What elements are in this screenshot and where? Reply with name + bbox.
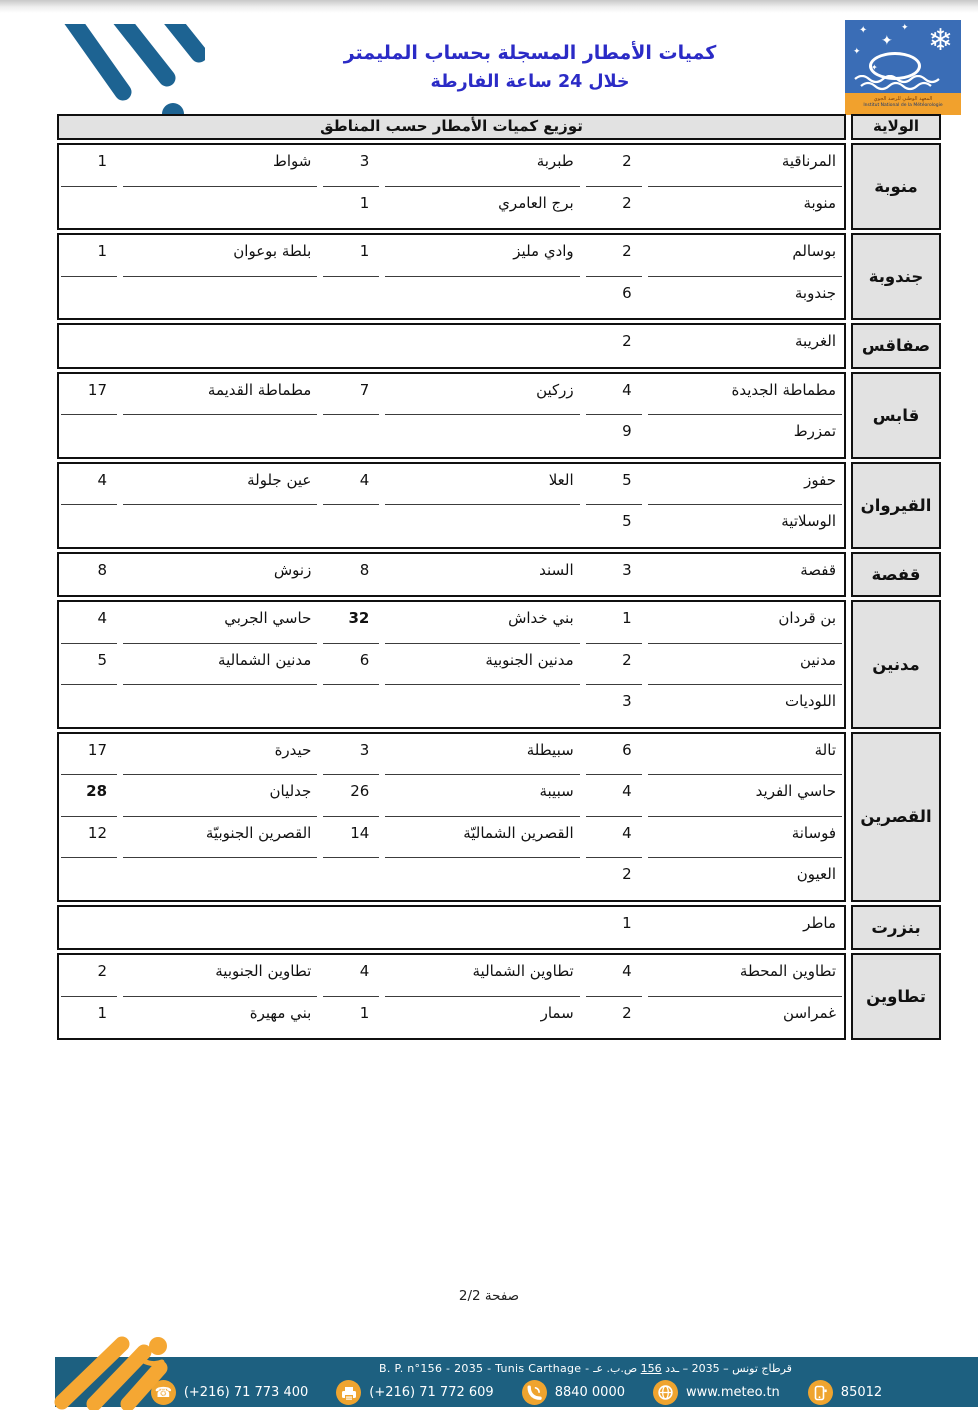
station-name (123, 505, 317, 547)
station-name (385, 858, 579, 900)
rain-value: 1 (61, 235, 117, 277)
station-name: العلا (385, 464, 579, 506)
station-name (123, 187, 317, 229)
rain-value: 1 (323, 235, 379, 277)
globe-icon (653, 1380, 678, 1405)
station-name: غمراسن (648, 997, 842, 1039)
rain-value: 4 (323, 464, 379, 506)
station-row: تطاوين المحطة4تطاوين الشمالية4تطاوين الج… (59, 955, 844, 997)
wilaya-column: الولاية منوبةجندوبةصفاقسقابسالقيروانقفصة… (851, 114, 941, 1043)
station-name: مطماطة الجديدة (648, 374, 842, 416)
rain-value: 3 (586, 554, 642, 596)
station-name: الغريبة (648, 325, 842, 367)
station-name: المرناقية (648, 145, 842, 187)
station-name: اللوديات (648, 685, 842, 727)
rain-value (323, 685, 379, 727)
title-line-2: خلال 24 ساعة الفارطة (220, 72, 840, 92)
star-icon: ✦ (859, 26, 867, 36)
rain-value (323, 277, 379, 319)
station-name: مطماطة القديمة (123, 374, 317, 416)
rain-value: 9 (586, 415, 642, 457)
footer-bar: B. P. n°156 - 2035 - Tunis Carthage - ص.… (55, 1357, 978, 1407)
rain-value: 2 (586, 997, 642, 1039)
rain-value: 6 (323, 644, 379, 686)
rain-value: 1 (61, 145, 117, 187)
rain-value: 3 (323, 734, 379, 776)
star-icon: ✦ (901, 24, 909, 33)
station-row: المرناقية2طبربة3شواط1 (59, 145, 844, 187)
station-name: زنوش (123, 554, 317, 596)
station-row: بن قردان1بني خداش32حاسي الجربي4 (59, 602, 844, 644)
station-name: بني مهيرة (123, 997, 317, 1039)
rain-value: 2 (586, 235, 642, 277)
page-number: صفحة 2/2 (0, 1288, 978, 1304)
station-name: جدليان (123, 775, 317, 817)
station-name: تطاوين الجنوبية (123, 955, 317, 997)
station-row: تالة6سبيطلة3حيدرة17 (59, 734, 844, 776)
rain-value (61, 187, 117, 229)
station-row: الغريبة2 (59, 325, 844, 367)
station-row: مطماطة الجديدة4زركين7مطماطة القديمة17 (59, 374, 844, 416)
rain-value: 28 (61, 775, 117, 817)
rain-value (323, 415, 379, 457)
rain-value (61, 907, 117, 949)
wilaya-cell: قفصة (851, 552, 941, 598)
rain-value: 4 (586, 374, 642, 416)
rain-value (61, 505, 117, 547)
rain-value (61, 325, 117, 367)
station-name: مدنين (648, 644, 842, 686)
station-group: ماطر1 (57, 905, 846, 951)
address-arabic-pre: ص.ب. عـ (593, 1362, 637, 1375)
inm-brand-mark-orange-icon (46, 1334, 180, 1410)
rain-value: 4 (61, 602, 117, 644)
station-name (123, 277, 317, 319)
contact-label: 8840 0000 (555, 1385, 625, 1400)
inm-logo-band: المعهد الوطني للرصد الجوي Institut Natio… (845, 93, 961, 115)
rain-value: 8 (61, 554, 117, 596)
inm-logo-art: ✦ ✦ ✦ ✦ ✦ ❄ (845, 20, 961, 93)
station-name (385, 907, 579, 949)
rain-value: 6 (586, 277, 642, 319)
station-row: الوسلاتية5 (59, 505, 844, 547)
station-name: سبيبة (385, 775, 579, 817)
inm-caption-french: Institut National de la Météorologie (845, 103, 961, 109)
station-name (123, 415, 317, 457)
rain-value: 26 (323, 775, 379, 817)
rain-value: 6 (586, 734, 642, 776)
wilaya-cell: بنزرت (851, 905, 941, 951)
inm-caption-arabic: المعهد الوطني للرصد الجوي (845, 96, 961, 103)
rain-value: 2 (586, 145, 642, 187)
station-name (123, 685, 317, 727)
address-city-b: قرطاج (761, 1362, 792, 1375)
contact-item: www.meteo.tn (653, 1380, 780, 1405)
rain-value: 5 (586, 505, 642, 547)
rain-value: 1 (323, 997, 379, 1039)
title-line-1: كميات الأمطار المسجلة بحساب المليمتر (220, 42, 840, 64)
rain-value: 2 (586, 187, 642, 229)
contact-label: 85012 (841, 1385, 882, 1400)
star-icon: ✦ (881, 34, 893, 48)
rain-value (61, 858, 117, 900)
station-name (385, 505, 579, 547)
mobile-icon (808, 1380, 833, 1405)
rain-value: 1 (61, 997, 117, 1039)
footer-address: B. P. n°156 - 2035 - Tunis Carthage - ص.… (55, 1362, 978, 1375)
address-arabic-mid: ـدد (665, 1362, 679, 1375)
station-group: مطماطة الجديدة4زركين7مطماطة القديمة17تمز… (57, 372, 846, 459)
station-name: سبيطلة (385, 734, 579, 776)
report-title: كميات الأمطار المسجلة بحساب المليمتر خلا… (220, 42, 840, 92)
handset-icon (522, 1380, 547, 1405)
table-header-wilaya: الولاية (851, 114, 941, 140)
station-name: بلطة بوعوان (123, 235, 317, 277)
rain-value (323, 907, 379, 949)
station-row: تمزرط9 (59, 415, 844, 457)
contact-item: 8840 0000 (522, 1380, 625, 1405)
rain-value: 2 (586, 325, 642, 367)
inm-logo: ✦ ✦ ✦ ✦ ✦ ❄ المعهد الوطني للرصد الجوي In… (845, 20, 961, 115)
rain-value: 3 (323, 145, 379, 187)
station-row: بوسالم2وادي مليز1بلطة بوعوان1 (59, 235, 844, 277)
station-row: جندوبة6 (59, 277, 844, 319)
station-name (385, 685, 579, 727)
station-name: وادي مليز (385, 235, 579, 277)
rain-value: 32 (323, 602, 379, 644)
station-row: حفوز5العلا4عين جلولة4 (59, 464, 844, 506)
fax-icon (336, 1380, 361, 1405)
contact-label: (+216) 71 772 609 (369, 1385, 493, 1400)
wilaya-cell: مدنين (851, 600, 941, 729)
station-name (385, 415, 579, 457)
wilaya-cell: منوبة (851, 143, 941, 230)
station-group: تطاوين المحطة4تطاوين الشمالية4تطاوين الج… (57, 953, 846, 1040)
rain-value: 4 (586, 817, 642, 859)
rain-value: 14 (323, 817, 379, 859)
station-name (385, 277, 579, 319)
rain-value: 17 (61, 734, 117, 776)
rain-value: 1 (586, 907, 642, 949)
station-name: جندوبة (648, 277, 842, 319)
station-name: طبربة (385, 145, 579, 187)
station-name: تالة (648, 734, 842, 776)
station-name: عين جلولة (123, 464, 317, 506)
station-name: تطاوين الشمالية (385, 955, 579, 997)
wilaya-cell: تطاوين (851, 953, 941, 1040)
station-name: زركين (385, 374, 579, 416)
station-row: حاسي الفريد4سبيبة26جدليان28 (59, 775, 844, 817)
rain-value: 17 (61, 374, 117, 416)
station-name: تمزرط (648, 415, 842, 457)
wilaya-cell: قابس (851, 372, 941, 459)
report-page: { "header": { "title_line1": "كميات الأم… (0, 0, 978, 1428)
table-wilaya-groups: منوبةجندوبةصفاقسقابسالقيروانقفصةمدنينالق… (851, 143, 941, 1040)
station-group: حفوز5العلا4عين جلولة4الوسلاتية5 (57, 462, 846, 549)
contact-label: www.meteo.tn (686, 1385, 780, 1400)
station-name: قفصة (648, 554, 842, 596)
table-main-groups: المرناقية2طبربة3شواط1منوبة2برج العامري1ب… (57, 143, 846, 1040)
station-name: القصرين الشماليّة (385, 817, 579, 859)
star-icon: ✦ (853, 48, 861, 57)
station-name: منوبة (648, 187, 842, 229)
station-name: حاسي الفريد (648, 775, 842, 817)
station-group: بن قردان1بني خداش32حاسي الجربي4مدنين2مدن… (57, 600, 846, 729)
station-name: بن قردان (648, 602, 842, 644)
station-row: غمراسن2سمار1بني مهيرة1 (59, 997, 844, 1039)
station-name: تطاوين المحطة (648, 955, 842, 997)
station-name: الوسلاتية (648, 505, 842, 547)
rain-value (61, 277, 117, 319)
rain-value: 8 (323, 554, 379, 596)
station-name: مدنين الشمالية (123, 644, 317, 686)
station-row: قفصة3السند8زنوش8 (59, 554, 844, 596)
rain-value: 1 (323, 187, 379, 229)
station-name: حاسي الجربي (123, 602, 317, 644)
station-name: فوسانة (648, 817, 842, 859)
rain-value: 2 (586, 644, 642, 686)
rain-value: 4 (323, 955, 379, 997)
station-name: ماطر (648, 907, 842, 949)
snowflake-icon: ❄ (928, 26, 953, 56)
rain-value (323, 858, 379, 900)
station-name: شواط (123, 145, 317, 187)
station-name (123, 858, 317, 900)
station-row: مدنين2مدنين الجنوبية6مدنين الشمالية5 (59, 644, 844, 686)
station-name: القصرين الجنوبيّة (123, 817, 317, 859)
rain-value (323, 505, 379, 547)
station-name: بني خداش (385, 602, 579, 644)
contact-item: 85012 (808, 1380, 882, 1405)
station-group: قفصة3السند8زنوش8 (57, 552, 846, 598)
stations-column: توزيع كميات الأمطار حسب المناطق المرناقي… (57, 114, 846, 1043)
rain-value: 4 (61, 464, 117, 506)
rain-value (323, 325, 379, 367)
wilaya-cell: القيروان (851, 462, 941, 549)
rain-value: 4 (586, 955, 642, 997)
scan-edge (0, 0, 978, 13)
wilaya-cell: جندوبة (851, 233, 941, 320)
station-name (123, 907, 317, 949)
rain-value: 5 (586, 464, 642, 506)
station-row: اللوديات3 (59, 685, 844, 727)
rain-value: 12 (61, 817, 117, 859)
station-group: المرناقية2طبربة3شواط1منوبة2برج العامري1 (57, 143, 846, 230)
station-name: سمار (385, 997, 579, 1039)
rain-value: 2 (61, 955, 117, 997)
rain-value: 7 (323, 374, 379, 416)
station-name: العيون (648, 858, 842, 900)
rain-value (61, 685, 117, 727)
station-group: تالة6سبيطلة3حيدرة17حاسي الفريد4سبيبة26جد… (57, 732, 846, 902)
station-name: السند (385, 554, 579, 596)
station-row: ماطر1 (59, 907, 844, 949)
rain-value: 1 (586, 602, 642, 644)
address-year: – 2035 – (683, 1362, 732, 1375)
address-city-a: تونس (732, 1362, 758, 1375)
station-row: منوبة2برج العامري1 (59, 187, 844, 229)
wilaya-cell: صفاقس (851, 323, 941, 369)
rain-value: 3 (586, 685, 642, 727)
rain-value: 5 (61, 644, 117, 686)
table-header-regions: توزيع كميات الأمطار حسب المناطق (57, 114, 846, 140)
rain-value (61, 415, 117, 457)
rain-value: 2 (586, 858, 642, 900)
station-row: العيون2 (59, 858, 844, 900)
contact-label: (+216) 71 773 400 (184, 1385, 308, 1400)
waves-icon (853, 75, 953, 91)
station-name: برج العامري (385, 187, 579, 229)
station-group: بوسالم2وادي مليز1بلطة بوعوان1جندوبة6 (57, 233, 846, 320)
station-name (385, 325, 579, 367)
rain-value: 4 (586, 775, 642, 817)
station-name (123, 325, 317, 367)
station-name: حفوز (648, 464, 842, 506)
station-group: الغريبة2 (57, 323, 846, 369)
station-name: مدنين الجنوبية (385, 644, 579, 686)
footer-contacts: ☎(+216) 71 773 400(+216) 71 772 6098840 … (55, 1380, 978, 1405)
contact-item: (+216) 71 772 609 (336, 1380, 493, 1405)
wilaya-cell: القصرين (851, 732, 941, 902)
address-box-number: 156 (641, 1362, 662, 1375)
station-row: فوسانة4القصرين الشماليّة14القصرين الجنوب… (59, 817, 844, 859)
station-name: بوسالم (648, 235, 842, 277)
station-name: حيدرة (123, 734, 317, 776)
address-latin: B. P. n°156 - 2035 - Tunis Carthage - (379, 1362, 593, 1375)
